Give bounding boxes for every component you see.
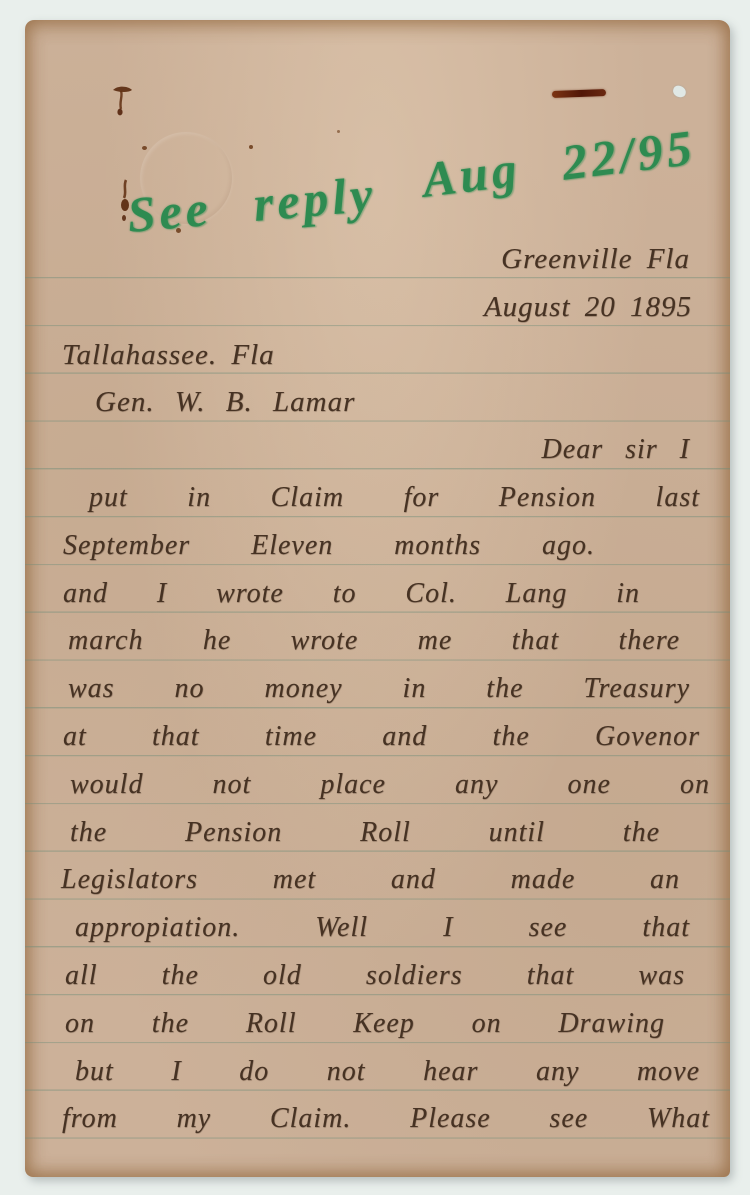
paper-speck <box>672 84 688 98</box>
letter-recipient-city: Tallahassee. Fla <box>61 325 710 373</box>
annotation-see-reply: See reply Aug 22/95 <box>125 136 700 244</box>
letter-recipient-name: Gen. W. B. Lamar <box>61 372 710 420</box>
letter-body-line: march he wrote me that there <box>61 611 710 659</box>
paper-fleck <box>142 146 147 150</box>
letter-text: Greenville Fla August 20 1895 Tallahasse… <box>61 229 710 1137</box>
rust-stain <box>552 89 606 98</box>
letter-body-line: put in Claim for Pension last <box>61 468 710 516</box>
letter-body-line: but I do not hear any move <box>61 1042 710 1090</box>
letter-body-line: the Pension Roll until the <box>61 803 710 851</box>
letter-place: Greenville Fla <box>61 229 710 277</box>
scanned-letter-page: See reply Aug 22/95 Greenville Fla Augus… <box>0 0 750 1195</box>
letter-body-line: September Eleven months ago. <box>61 516 710 564</box>
letter-body-line: was no money in the Treasury <box>61 659 710 707</box>
letter-body-line: would not place any one on <box>61 755 710 803</box>
letter-body-line: Legislators met and made an <box>61 850 710 898</box>
paper-fleck <box>337 130 340 133</box>
letter-body-line: all the old soldiers that was <box>61 946 710 994</box>
letter-date: August 20 1895 <box>61 277 710 325</box>
letter-paper: See reply Aug 22/95 Greenville Fla Augus… <box>25 20 730 1177</box>
letter-body-line: on the Roll Keep on Drawing <box>61 994 710 1042</box>
paper-fleck <box>249 145 253 149</box>
letter-body-line: and I wrote to Col. Lang in <box>61 564 710 612</box>
letter-body-line: at that time and the Govenor <box>61 707 710 755</box>
letter-body-line: from my Claim. Please see What <box>61 1089 710 1137</box>
annotation-date: Aug 22/95 <box>420 118 700 209</box>
letter-body-line: appropiation. Well I see that <box>61 898 710 946</box>
ink-blot-top-icon <box>110 82 136 118</box>
letter-salutation: Dear sir I <box>61 420 710 468</box>
